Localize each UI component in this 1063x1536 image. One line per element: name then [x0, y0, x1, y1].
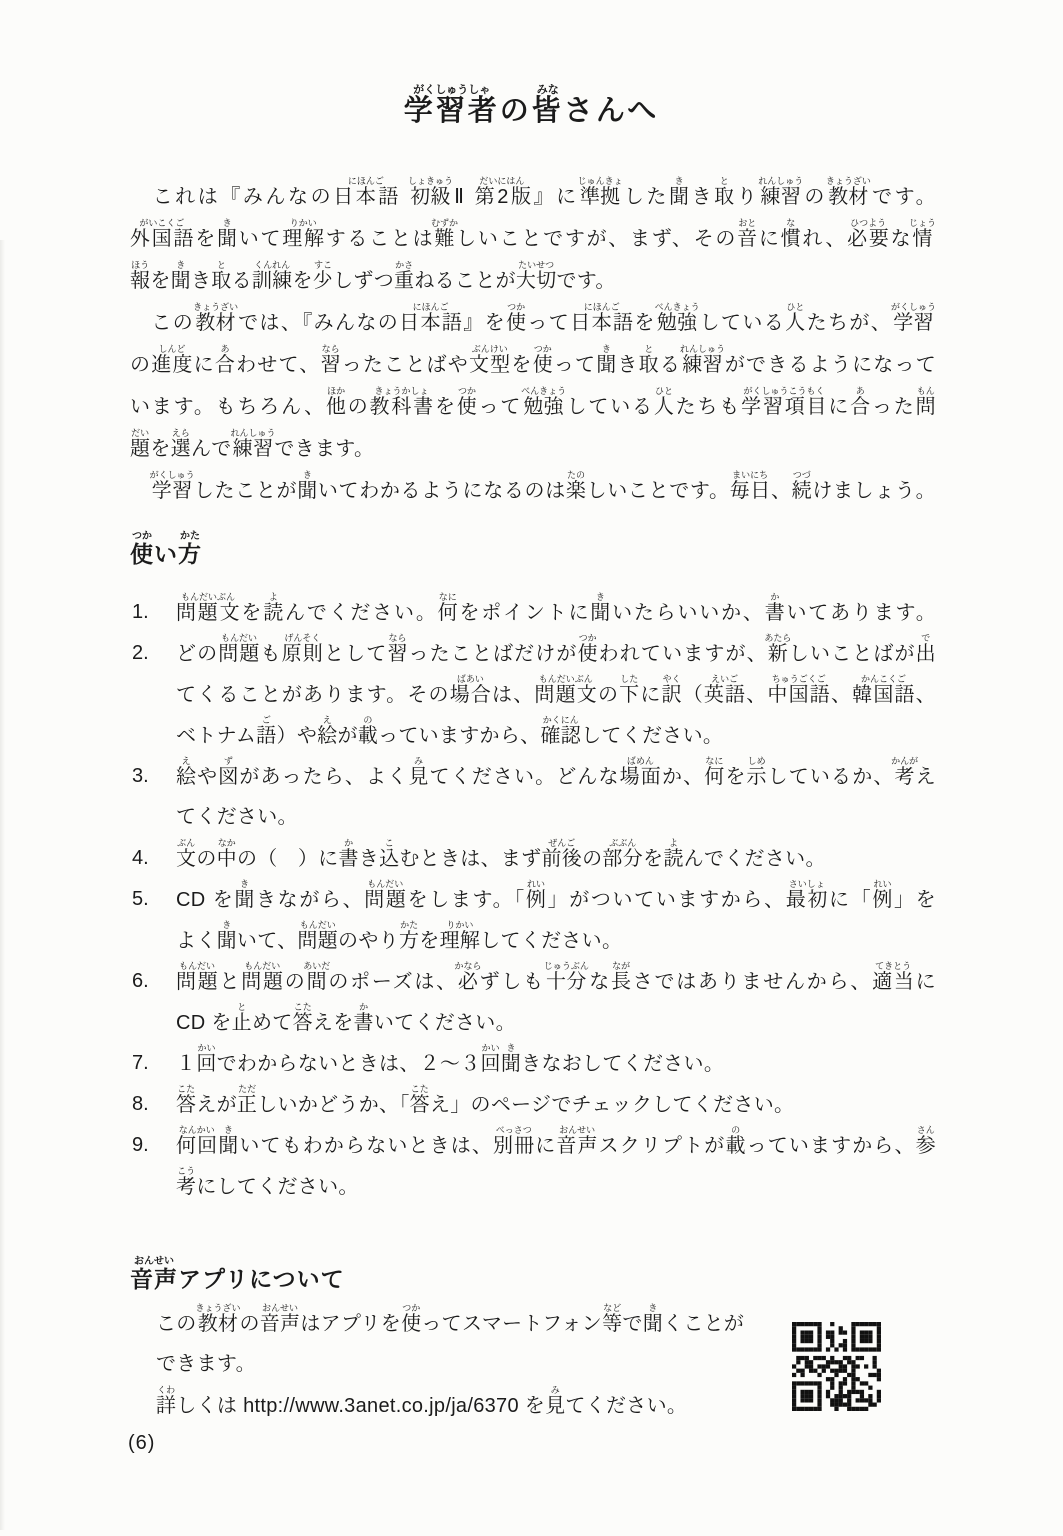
item-text: どの問題もんだいも原則げんそくとして習ならったことばだけが使つかわれていますが、…	[176, 633, 936, 756]
audio-app-section-heading: 音声おんせいアプリについて	[130, 1255, 936, 1303]
scanned-page: 学習者がくしゅうしゃの皆みなさんへ これは『みんなの日本語にほんご 初級しょきゅ…	[0, 0, 1063, 1536]
text-line: 何回なんかい聞きいてもわからないときは、別冊べっさつに音声おんせいスクリプトが載…	[176, 1125, 936, 1166]
usage-numbered-list: 1.問題文もんだいぶんを読よんでください。何なにをポイントに聞きいたらいいか、書…	[130, 592, 936, 1207]
usage-list-item: 2.どの問題もんだいも原則げんそくとして習ならったことばだけが使つかわれています…	[130, 633, 936, 756]
usage-section-heading: 使つかい方かた	[130, 530, 936, 578]
usage-list-item: 6.問題もんだいと問題もんだいの間あいだのポーズは、必かならずしも十分じゅうぶん…	[130, 961, 936, 1043]
text-line: 文ぶんの中なかの（ ）に書かき込こむときは、まず前後ぜんごの部分ぶぶんを読よんで…	[176, 838, 936, 879]
intro-paragraph-3: 学習がくしゅうしたことが聞きいてわかるようになるのは楽たのしいことです。毎日まい…	[130, 470, 936, 512]
item-text: 文ぶんの中なかの（ ）に書かき込こむときは、まず前後ぜんごの部分ぶぶんを読よんで…	[176, 838, 936, 879]
item-text: 絵えや図ずがあったら、よく見みてください。どんな場面ばめんか、何なにを示しめして…	[176, 756, 936, 838]
text-line: てくることがあります。その場合ばあいは、問題文もんだいぶんの下したに訳やく（英語…	[176, 674, 936, 715]
scan-edge-shadow	[0, 240, 5, 1530]
usage-list-item: 4.文ぶんの中なかの（ ）に書かき込こむときは、まず前後ぜんごの部分ぶぶんを読よ…	[130, 838, 936, 879]
item-number: 8.	[130, 1084, 176, 1125]
text-line: てください。	[176, 797, 936, 838]
text-line: よく聞きいて、問題もんだいのやり方かたを理解りかいしてください。	[176, 920, 936, 961]
item-number: 9.	[130, 1125, 176, 1207]
text-line: この教材きょうざいでは、『みんなの日本語にほんご』を使つかって日本語にほんごを勉…	[130, 302, 936, 344]
item-number: 3.	[130, 756, 176, 838]
item-number: 5.	[130, 879, 176, 961]
item-text: CD を聞ききながら、問題もんだいをします。「例れい」がついていますから、最初さ…	[176, 879, 936, 961]
page-number: (6)	[128, 1432, 155, 1455]
item-text: 何回なんかい聞きいてもわからないときは、別冊べっさつに音声おんせいスクリプトが載…	[176, 1125, 936, 1207]
text-line: １回かいでわからないときは、２～３回かい聞ききなおしてください。	[176, 1043, 936, 1084]
text-line: 考こうにしてください。	[176, 1166, 936, 1207]
text-line: CD を止とめて答こたえを書かいてください。	[176, 1002, 936, 1043]
usage-list-item: 8.答こたえが正ただしいかどうか、「答こたえ」のページでチェックしてください。	[130, 1084, 936, 1125]
qr-code	[792, 1322, 881, 1411]
text-line: 学習がくしゅうしたことが聞きいてわかるようになるのは楽たのしいことです。毎日まい…	[130, 470, 936, 512]
content-area: これは『みんなの日本語にほんご 初級しょきゅうⅡ 第2版だいにはん』に準拠じゅん…	[130, 176, 936, 1426]
text-line: の進度しんどに合あわせて、習ならったことばや文型ぶんけいを使つかって聞きき取とる…	[130, 344, 936, 386]
text-line: 絵えや図ずがあったら、よく見みてください。どんな場面ばめんか、何なにを示しめして…	[176, 756, 936, 797]
item-number: 6.	[130, 961, 176, 1043]
text-line: CD を聞ききながら、問題もんだいをします。「例れい」がついていますから、最初さ…	[176, 879, 936, 920]
usage-list-item: 5.CD を聞ききながら、問題もんだいをします。「例れい」がついていますから、最…	[130, 879, 936, 961]
item-text: 問題文もんだいぶんを読よんでください。何なにをポイントに聞きいたらいいか、書かい…	[176, 592, 936, 633]
item-text: 答こたえが正ただしいかどうか、「答こたえ」のページでチェックしてください。	[176, 1084, 936, 1125]
intro-paragraph-1: これは『みんなの日本語にほんご 初級しょきゅうⅡ 第2版だいにはん』に準拠じゅん…	[130, 176, 936, 302]
text-line: これは『みんなの日本語にほんご 初級しょきゅうⅡ 第2版だいにはん』に準拠じゅん…	[130, 176, 936, 218]
text-line: 問題もんだいと問題もんだいの間あいだのポーズは、必かならずしも十分じゅうぶんな長…	[176, 961, 936, 1002]
usage-list-item: 9.何回なんかい聞きいてもわからないときは、別冊べっさつに音声おんせいスクリプト…	[130, 1125, 936, 1207]
item-number: 2.	[130, 633, 176, 756]
text-line: 外国語がいこくごを聞きいて理解りかいすることは難むずかしいことですが、まず、その…	[130, 218, 936, 260]
item-number: 4.	[130, 838, 176, 879]
text-line: 報ほうを聞きき取とる訓練くんれんを少すこしずつ重かさねることが大切たいせつです。	[130, 260, 936, 302]
item-number: 7.	[130, 1043, 176, 1084]
text-line: どの問題もんだいも原則げんそくとして習ならったことばだけが使つかわれていますが、…	[176, 633, 936, 674]
text-line: 問題文もんだいぶんを読よんでください。何なにをポイントに聞きいたらいいか、書かい…	[176, 592, 936, 633]
page-title: 学習者がくしゅうしゃの皆みなさんへ	[0, 84, 1063, 138]
text-line: います。もちろん、他ほかの教科書きょうかしょを使つかって勉強べんきょうしている人…	[130, 386, 936, 428]
usage-list-item: 3.絵えや図ずがあったら、よく見みてください。どんな場面ばめんか、何なにを示しめ…	[130, 756, 936, 838]
intro-paragraph-2: この教材きょうざいでは、『みんなの日本語にほんご』を使つかって日本語にほんごを勉…	[130, 302, 936, 470]
text-line: ベトナム語ご）や絵えが載のっていますから、確認かくにんしてください。	[176, 715, 936, 756]
item-number: 1.	[130, 592, 176, 633]
text-line: 答こたえが正ただしいかどうか、「答こたえ」のページでチェックしてください。	[176, 1084, 936, 1125]
item-text: １回かいでわからないときは、２～３回かい聞ききなおしてください。	[176, 1043, 936, 1084]
text-line: 題だいを選えらんで練習れんしゅうできます。	[130, 428, 936, 470]
usage-list-item: 7.１回かいでわからないときは、２～３回かい聞ききなおしてください。	[130, 1043, 936, 1084]
item-text: 問題もんだいと問題もんだいの間あいだのポーズは、必かならずしも十分じゅうぶんな長…	[176, 961, 936, 1043]
usage-list-item: 1.問題文もんだいぶんを読よんでください。何なにをポイントに聞きいたらいいか、書…	[130, 592, 936, 633]
